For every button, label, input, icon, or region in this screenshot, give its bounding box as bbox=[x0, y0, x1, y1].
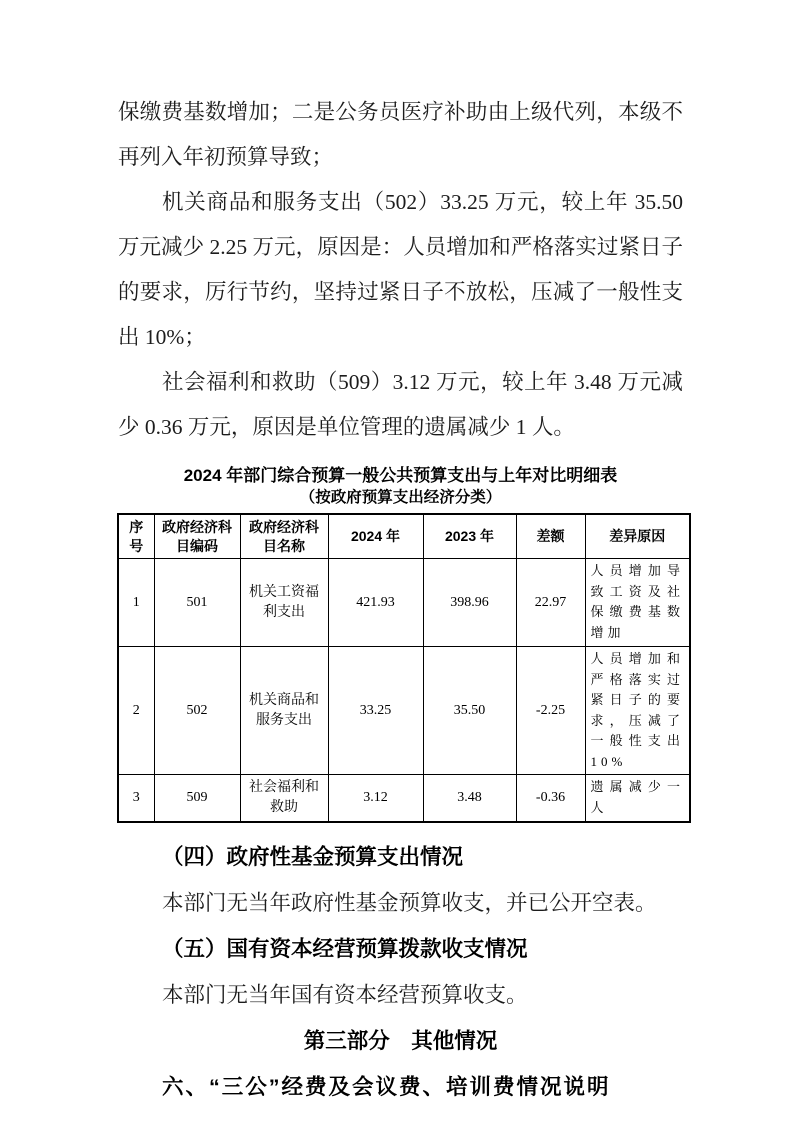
table-subtitle: （按政府预算支出经济分类） bbox=[118, 488, 683, 508]
table-cell: 509 bbox=[154, 775, 240, 823]
table-cell: -2.25 bbox=[516, 647, 585, 775]
table-cell: 机关工资福利支出 bbox=[240, 559, 328, 647]
table-cell: 35.50 bbox=[423, 647, 516, 775]
table-row: 2 502 机关商品和服务支出 33.25 35.50 -2.25 人员增加和严… bbox=[118, 647, 690, 775]
table-cell: 33.25 bbox=[328, 647, 423, 775]
table-header-cell: 序号 bbox=[118, 514, 154, 559]
section-heading-5: （五）国有资本经营预算拨款收支情况 bbox=[118, 926, 683, 972]
body-paragraph: 机关商品和服务支出（502）33.25 万元，较上年 35.50 万元减少 2.… bbox=[118, 180, 683, 360]
table-cell: 1 bbox=[118, 559, 154, 647]
section-paragraph: 本部门无当年国有资本经营预算收支。 bbox=[118, 972, 683, 1018]
table-header-cell: 2023 年 bbox=[423, 514, 516, 559]
table-cell-reason: 人员增加和严格落实过紧日子的要求，压减了一般性支出 10% bbox=[585, 647, 690, 775]
table-row: 3 509 社会福利和救助 3.12 3.48 -0.36 遗属减少一人 bbox=[118, 775, 690, 823]
table-cell: 3.48 bbox=[423, 775, 516, 823]
table-cell: 机关商品和服务支出 bbox=[240, 647, 328, 775]
table-cell: 社会福利和救助 bbox=[240, 775, 328, 823]
table-header-cell: 差额 bbox=[516, 514, 585, 559]
table-header-cell: 2024 年 bbox=[328, 514, 423, 559]
section-heading-4: （四）政府性基金预算支出情况 bbox=[118, 834, 683, 880]
table-cell: 502 bbox=[154, 647, 240, 775]
body-paragraph: 保缴费基数增加；二是公务员医疗补助由上级代列，本级不再列入年初预算导致； bbox=[118, 90, 683, 180]
table-cell: 2 bbox=[118, 647, 154, 775]
bottom-sections: （四）政府性基金预算支出情况 本部门无当年政府性基金预算收支，并已公开空表。 （… bbox=[118, 834, 683, 1110]
table-cell-reason: 遗属减少一人 bbox=[585, 775, 690, 823]
body-paragraph: 社会福利和救助（509）3.12 万元，较上年 3.48 万元减少 0.36 万… bbox=[118, 360, 683, 450]
document-page: 保缴费基数增加；二是公务员医疗补助由上级代列，本级不再列入年初预算导致； 机关商… bbox=[0, 0, 793, 1122]
budget-comparison-table: 序号 政府经济科目编码 政府经济科目名称 2024 年 2023 年 差额 差异… bbox=[117, 513, 691, 823]
table-cell-reason: 人员增加导致工资及社保缴费基数增加 bbox=[585, 559, 690, 647]
table-cell: 3.12 bbox=[328, 775, 423, 823]
part-three-title: 第三部分 其他情况 bbox=[118, 1018, 683, 1064]
table-header-cell: 政府经济科目编码 bbox=[154, 514, 240, 559]
table-cell: 421.93 bbox=[328, 559, 423, 647]
table-cell: 3 bbox=[118, 775, 154, 823]
table-cell: 501 bbox=[154, 559, 240, 647]
table-header-cell: 政府经济科目名称 bbox=[240, 514, 328, 559]
table-title: 2024 年部门综合预算一般公共预算支出与上年对比明细表 bbox=[118, 464, 683, 488]
table-row: 1 501 机关工资福利支出 421.93 398.96 22.97 人员增加导… bbox=[118, 559, 690, 647]
section-heading-6: 六、“三公”经费及会议费、培训费情况说明 bbox=[118, 1064, 683, 1110]
table-header-row: 序号 政府经济科目编码 政府经济科目名称 2024 年 2023 年 差额 差异… bbox=[118, 514, 690, 559]
document-content: 保缴费基数增加；二是公务员医疗补助由上级代列，本级不再列入年初预算导致； 机关商… bbox=[118, 90, 683, 1110]
table-cell: 398.96 bbox=[423, 559, 516, 647]
table-header-cell: 差异原因 bbox=[585, 514, 690, 559]
table-cell: 22.97 bbox=[516, 559, 585, 647]
table-cell: -0.36 bbox=[516, 775, 585, 823]
section-paragraph: 本部门无当年政府性基金预算收支，并已公开空表。 bbox=[118, 880, 683, 926]
